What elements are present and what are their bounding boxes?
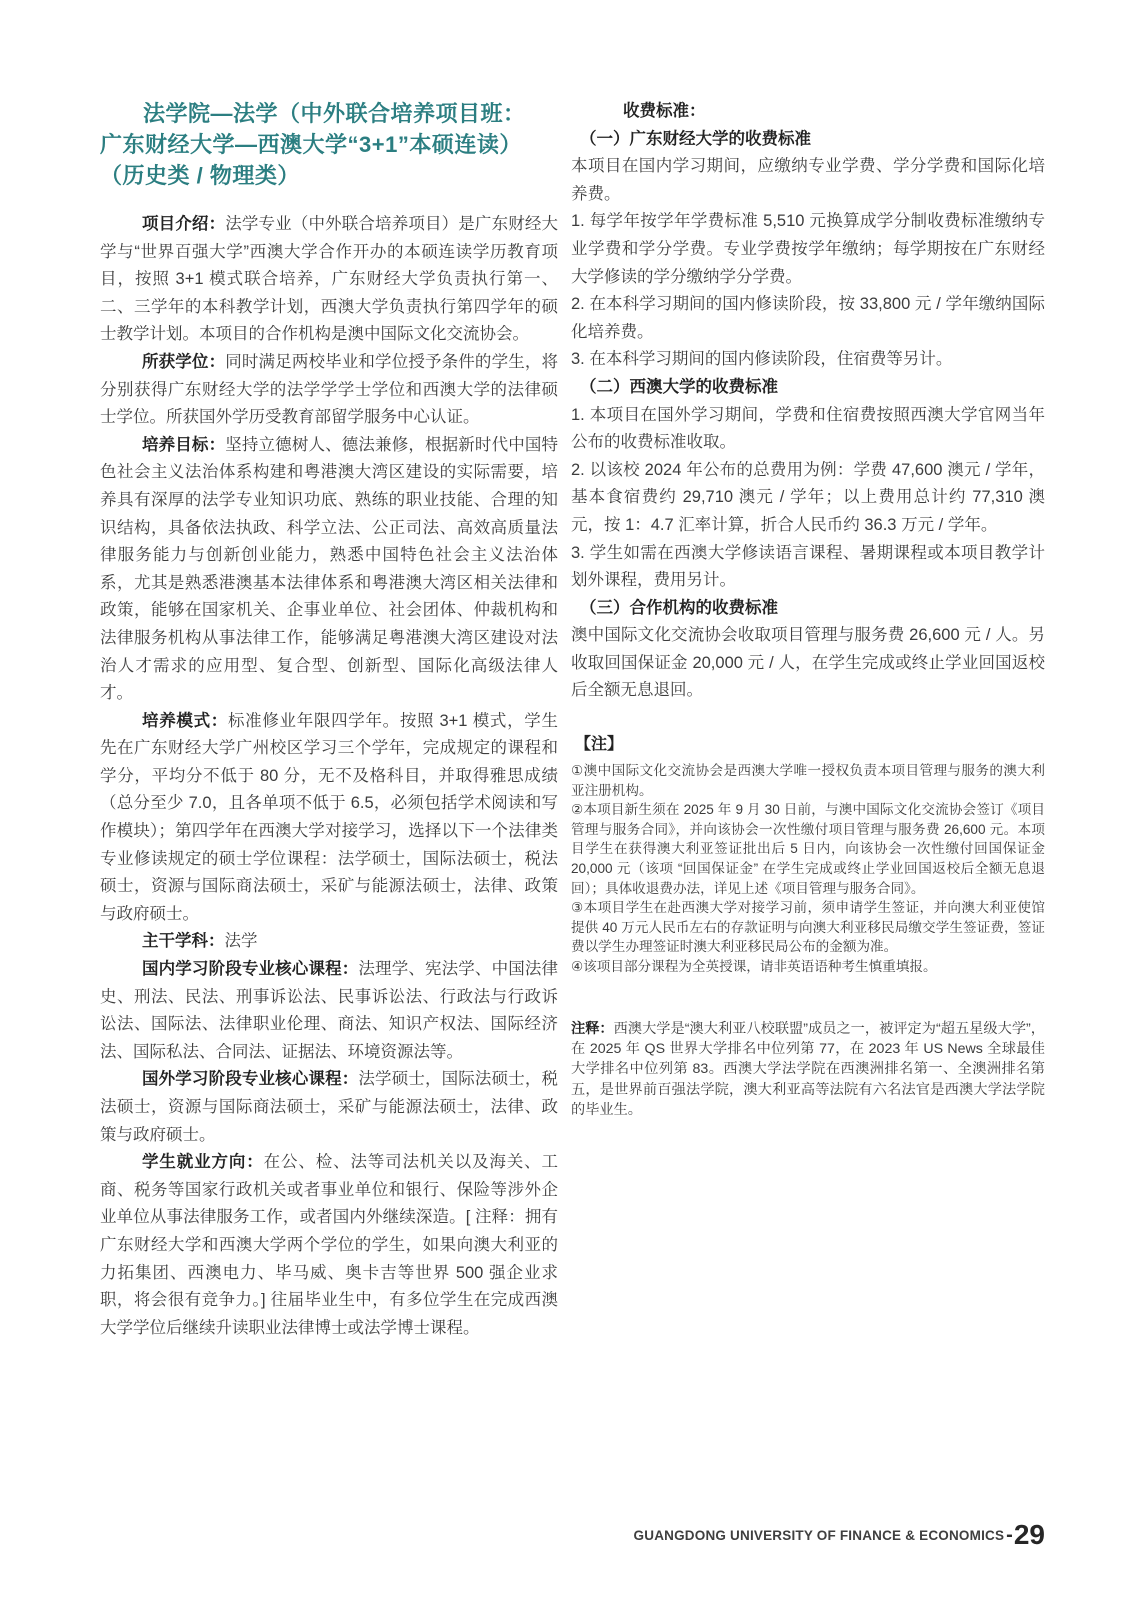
paragraph-careers-text: 在公、检、法等司法机关以及海关、工商、税务等国家行政机关或者事业单位和银行、保险…	[100, 1153, 558, 1337]
fees-section2-heading: （二）西澳大学的收费标准	[571, 374, 1045, 402]
program-title-line-3: （历史类 / 物理类）	[100, 160, 558, 191]
fees-section2-item: 1. 本项目在国外学习期间，学费和住宿费按照西澳大学官网当年公布的收费标准收取。	[571, 402, 1045, 457]
paragraph-careers: 学生就业方向：在公、检、法等司法机关以及海关、工商、税务等国家行政机关或者事业单…	[100, 1149, 558, 1342]
fees-section1-item: 2. 在本科学习期间的国内修读阶段，按 33,800 元 / 学年缴纳国际化培养…	[571, 291, 1045, 346]
fees-section1-item: 3. 在本科学习期间的国内修读阶段，住宿费等另计。	[571, 346, 1045, 374]
paragraph-overseas-courses-label: 国外学习阶段专业核心课程：	[142, 1070, 358, 1088]
paragraph-degrees-label: 所获学位：	[142, 353, 225, 371]
paragraph-degrees: 所获学位：同时满足两校毕业和学位授予条件的学生，将分别获得广东财经大学的法学学学…	[100, 349, 558, 432]
paragraph-intro-label: 项目介绍：	[142, 215, 225, 233]
paragraph-discipline-text: 法学	[225, 932, 258, 950]
notes-heading: 【注】	[571, 731, 1045, 758]
paragraph-domestic-courses: 国内学习阶段专业核心课程：法理学、宪法学、中国法律史、刑法、民法、刑事诉讼法、民…	[100, 956, 558, 1066]
remark-label: 注释：	[571, 1021, 614, 1037]
program-title-line-2: 广东财经大学—西澳大学“3+1”本硕连读）	[100, 129, 558, 160]
remark-paragraph: 注释：西澳大学是“澳大利亚八校联盟”成员之一，被评定为“超五星级大学”，在 20…	[571, 1019, 1045, 1121]
note-item-2: ②本项目新生须在 2025 年 9 月 30 日前，与澳中国际文化交流协会签订《…	[571, 800, 1045, 898]
left-column: 法学院—法学（中外联合培养项目班： 广东财经大学—西澳大学“3+1”本硕连读） …	[100, 98, 558, 1342]
fees-section3-heading: （三）合作机构的收费标准	[571, 595, 1045, 623]
paragraph-objectives: 培养目标：坚持立德树人、德法兼修，根据新时代中国特色社会主义法治体系构建和粤港澳…	[100, 432, 558, 708]
footer-separator: -	[1006, 1524, 1013, 1547]
paragraph-discipline-label: 主干学科：	[142, 932, 225, 950]
note-item-3: ③本项目学生在赴西澳大学对接学习前，须申请学生签证，并向澳大利亚使馆提供 40 …	[571, 898, 1045, 957]
notes-block: 【注】 ①澳中国际文化交流协会是西澳大学唯一授权负责本项目管理与服务的澳大利亚注…	[571, 731, 1045, 977]
page-body: 法学院—法学（中外联合培养项目班： 广东财经大学—西澳大学“3+1”本硕连读） …	[100, 98, 1045, 1342]
paragraph-intro-text: 法学专业（中外联合培养项目）是广东财经大学与“世界百强大学”西澳大学合作开办的本…	[100, 215, 558, 343]
paragraph-objectives-label: 培养目标：	[142, 436, 225, 454]
fees-section1-item: 1. 每学年按学年学费标准 5,510 元换算成学分制收费标准缴纳专业学费和学分…	[571, 208, 1045, 291]
paragraph-careers-label: 学生就业方向：	[142, 1153, 264, 1171]
paragraph-objectives-text: 坚持立德树人、德法兼修，根据新时代中国特色社会主义法治体系构建和粤港澳大湾区建设…	[100, 436, 558, 702]
paragraph-overseas-courses: 国外学习阶段专业核心课程：法学硕士，国际法硕士，税法硕士，资源与国际商法硕士，采…	[100, 1066, 558, 1149]
right-column: 收费标准： （一）广东财经大学的收费标准 本项目在国内学习期间，应缴纳专业学费、…	[571, 98, 1045, 1342]
footer-page-number: 29	[1014, 1519, 1045, 1551]
paragraph-intro: 项目介绍：法学专业（中外联合培养项目）是广东财经大学与“世界百强大学”西澳大学合…	[100, 211, 558, 349]
program-title: 法学院—法学（中外联合培养项目班： 广东财经大学—西澳大学“3+1”本硕连读） …	[100, 98, 558, 191]
remark-text: 西澳大学是“澳大利亚八校联盟”成员之一，被评定为“超五星级大学”，在 2025 …	[571, 1021, 1045, 1119]
paragraph-mode-text: 标准修业年限四学年。按照 3+1 模式，学生先在广东财经大学广州校区学习三个学年…	[100, 712, 558, 923]
fees-section1-item: 本项目在国内学习期间，应缴纳专业学费、学分学费和国际化培养费。	[571, 153, 1045, 208]
paragraph-mode: 培养模式：标准修业年限四学年。按照 3+1 模式，学生先在广东财经大学广州校区学…	[100, 708, 558, 929]
fees-section1-heading: （一）广东财经大学的收费标准	[571, 126, 1045, 154]
note-item-4: ④该项目部分课程为全英授课，请非英语语种考生慎重填报。	[571, 957, 1045, 977]
fees-heading: 收费标准：	[571, 98, 1045, 126]
paragraph-domestic-courses-label: 国内学习阶段专业核心课程：	[142, 960, 358, 978]
fees-section2-item: 3. 学生如需在西澳大学修读语言课程、暑期课程或本项目教学计划外课程，费用另计。	[571, 540, 1045, 595]
page-footer: GUANGDONG UNIVERSITY OF FINANCE & ECONOM…	[634, 1519, 1045, 1551]
paragraph-mode-label: 培养模式：	[142, 712, 228, 730]
footer-university-name: GUANGDONG UNIVERSITY OF FINANCE & ECONOM…	[634, 1528, 1005, 1543]
fees-section2-item: 2. 以该校 2024 年公布的总费用为例：学费 47,600 澳元 / 学年，…	[571, 457, 1045, 540]
fees-section3-item: 澳中国际文化交流协会收取项目管理与服务费 26,600 元 / 人。另收取回国保…	[571, 622, 1045, 705]
paragraph-discipline: 主干学科：法学	[100, 928, 558, 956]
program-title-line-1: 法学院—法学（中外联合培养项目班：	[100, 98, 558, 129]
note-item-1: ①澳中国际文化交流协会是西澳大学唯一授权负责本项目管理与服务的澳大利亚注册机构。	[571, 761, 1045, 800]
